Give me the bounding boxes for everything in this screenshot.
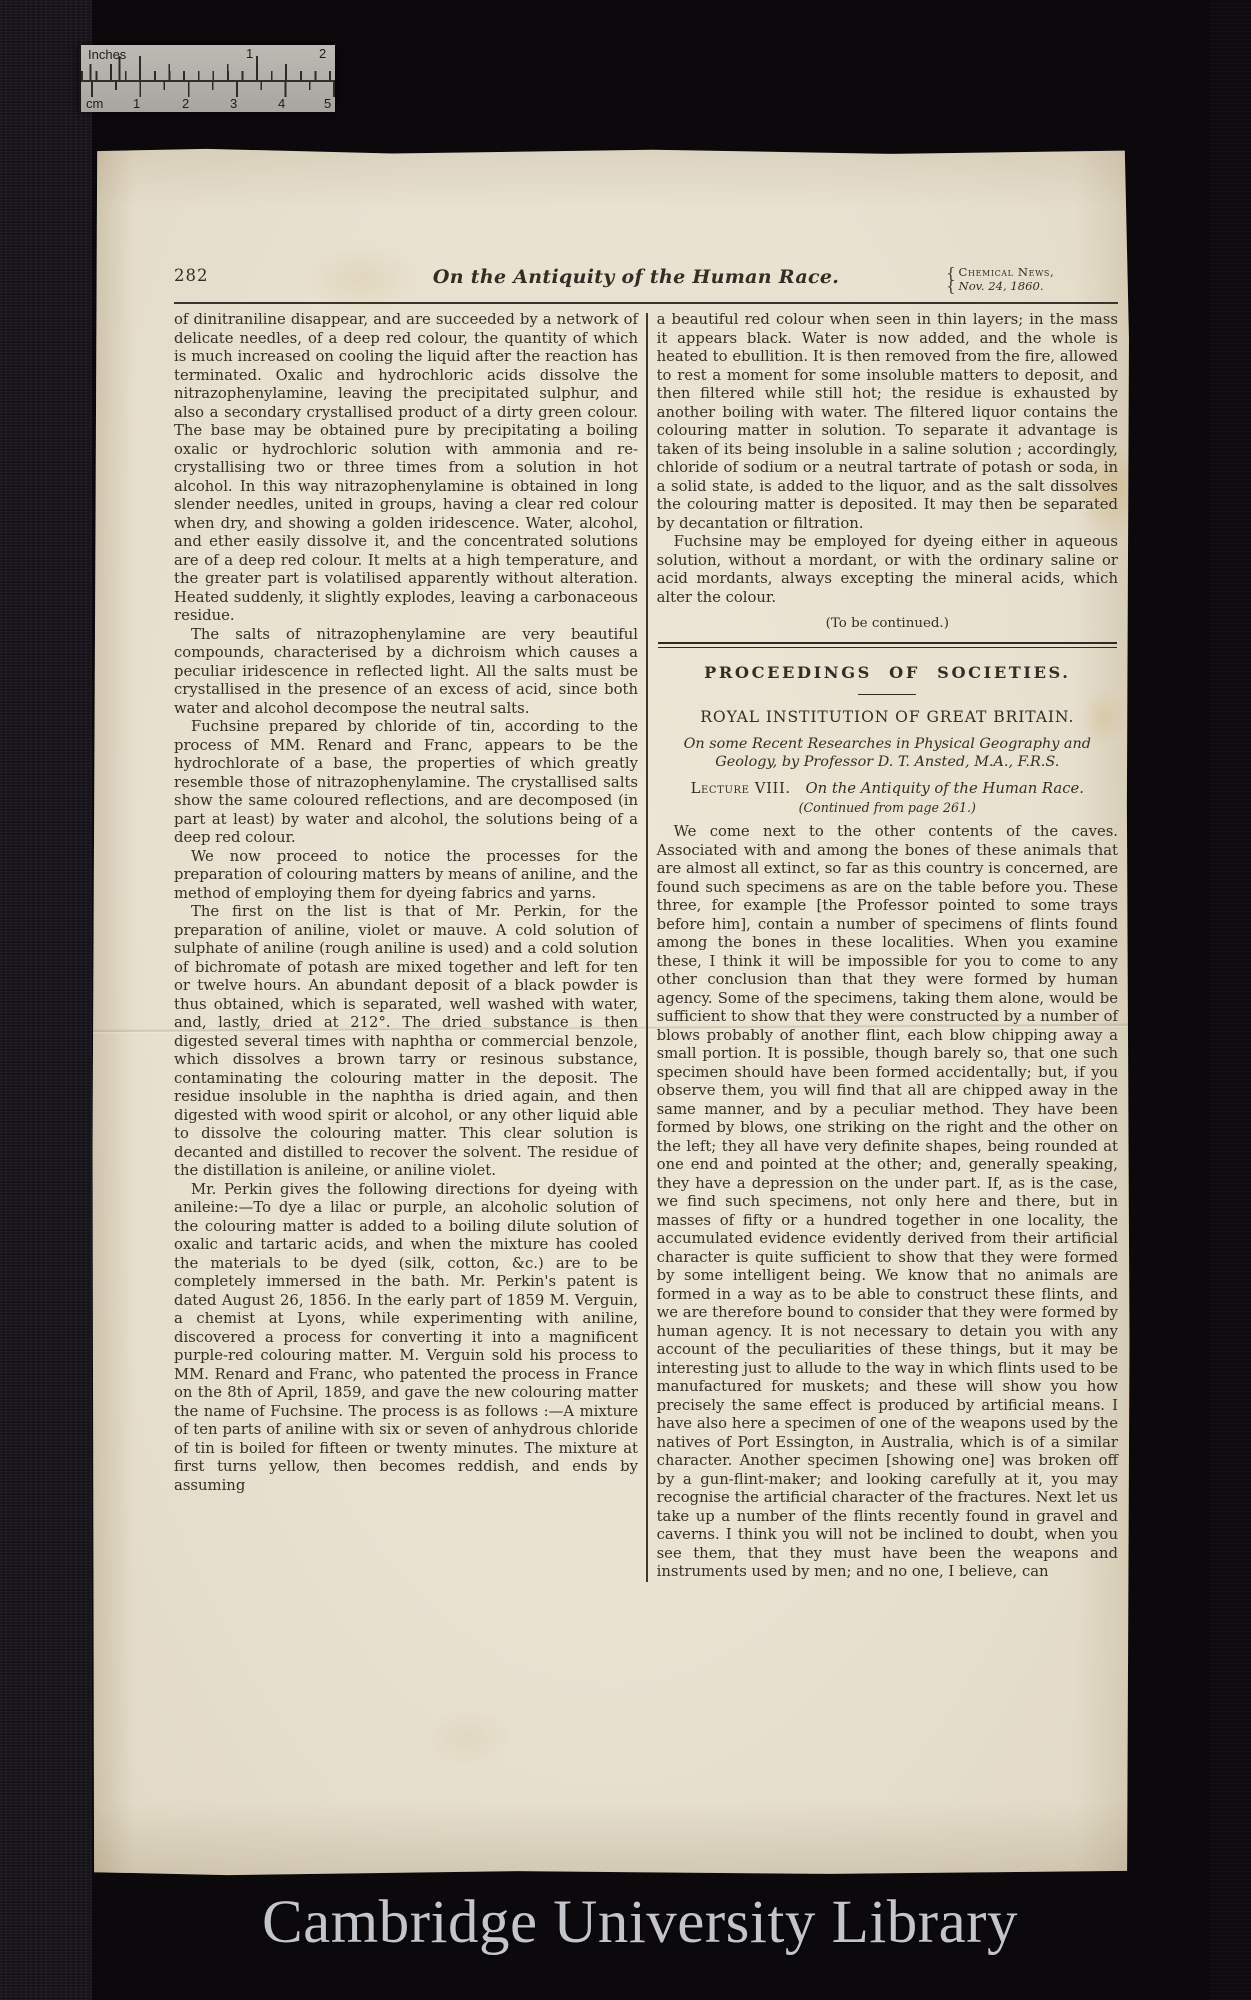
header-rule: [174, 302, 1118, 304]
series-line-1: On some Recent Researches in Physical Ge…: [684, 736, 1091, 752]
book-cloth-right: [1209, 0, 1251, 2000]
running-title: On the Antiquity of the Human Race.: [266, 266, 946, 288]
ruler-cm-number-2: 2: [182, 96, 189, 111]
text-columns: of dinitraniline disappear, and are succ…: [174, 311, 1118, 1582]
citation-brace: { {: [946, 267, 956, 293]
short-rule: [858, 694, 916, 695]
scanned-page-photo: { "ruler": { "inches_label": "Inches", "…: [0, 0, 1251, 2000]
ruler-cm-scale: cm 1 2 3 4 5: [81, 82, 335, 112]
paragraph: We now proceed to notice the processes f…: [174, 848, 638, 904]
ruler-inch-number-1: 1: [246, 46, 253, 61]
institution-heading: ROYAL INSTITUTION OF GREAT BRITAIN.: [657, 708, 1118, 726]
printed-content: 282 On the Antiquity of the Human Race. …: [174, 266, 1118, 1582]
lecture-series-title: On some Recent Researches in Physical Ge…: [657, 735, 1118, 771]
lecture-number: Lecture VIII.: [691, 780, 791, 797]
ruler-inch-number-2: 2: [319, 46, 326, 61]
running-head: 282 On the Antiquity of the Human Race. …: [174, 266, 1118, 293]
column-rule: [646, 313, 648, 1582]
book-cloth-left: [0, 0, 92, 2000]
lecture-body-paragraph: We come next to the other contents of th…: [657, 823, 1118, 1582]
continued-from-note: (Continued from page 261.): [657, 800, 1118, 815]
citation-lines: Chemical News, Nov. 24, 1860.: [959, 266, 1055, 293]
journal-name: Chemical News,: [959, 265, 1055, 279]
left-column: of dinitraniline disappear, and are succ…: [174, 311, 638, 1582]
journal-page: 282 On the Antiquity of the Human Race. …: [92, 148, 1130, 1876]
journal-date: Nov. 24, 1860.: [959, 279, 1044, 293]
right-column: a beautiful red colour when seen in thin…: [657, 311, 1118, 1582]
section-double-rule: [658, 642, 1117, 648]
library-watermark: Cambridge University Library: [140, 1888, 1140, 1958]
foxing-stain: [422, 1708, 512, 1768]
paragraph: a beautiful red colour when seen in thin…: [657, 311, 1118, 533]
paragraph: of dinitraniline disappear, and are succ…: [174, 311, 638, 626]
ruler-inches-label: Inches: [88, 47, 126, 62]
ruler-cm-number-5: 5: [324, 96, 331, 111]
ruler-cm-label: cm: [86, 96, 103, 111]
paragraph: The salts of nitrazophenylamine are very…: [174, 626, 638, 719]
measurement-ruler: Inches 1 2 cm 1 2 3 4 5: [78, 45, 335, 112]
ruler-cm-number-3: 3: [230, 96, 237, 111]
paragraph: Mr. Perkin gives the following direction…: [174, 1181, 638, 1496]
ruler-inches-scale: Inches 1 2: [81, 45, 335, 82]
paragraph: Fuchsine prepared by chloride of tin, ac…: [174, 718, 638, 848]
lecture-title: On the Antiquity of the Human Race.: [805, 780, 1084, 797]
paragraph: The first on the list is that of Mr. Per…: [174, 903, 638, 1181]
series-line-2: Geology, by Professor D. T. Ansted, M.A.…: [715, 754, 1059, 770]
journal-citation: { { Chemical News, Nov. 24, 1860.: [946, 266, 1118, 293]
ruler-cm-major-ticks: [81, 82, 335, 97]
brace-glyph: {: [946, 280, 956, 293]
to-be-continued-note: (To be continued.): [657, 616, 1118, 631]
paragraph: Fuchsine may be employed for dyeing eith…: [657, 533, 1118, 607]
section-heading: PROCEEDINGS OF SOCIETIES.: [657, 663, 1118, 682]
page-number: 282: [174, 266, 266, 285]
ruler-cm-number-4: 4: [278, 96, 285, 111]
lecture-heading: Lecture VIII. On the Antiquity of the Hu…: [657, 780, 1118, 797]
ruler-cm-number-1: 1: [133, 96, 140, 111]
